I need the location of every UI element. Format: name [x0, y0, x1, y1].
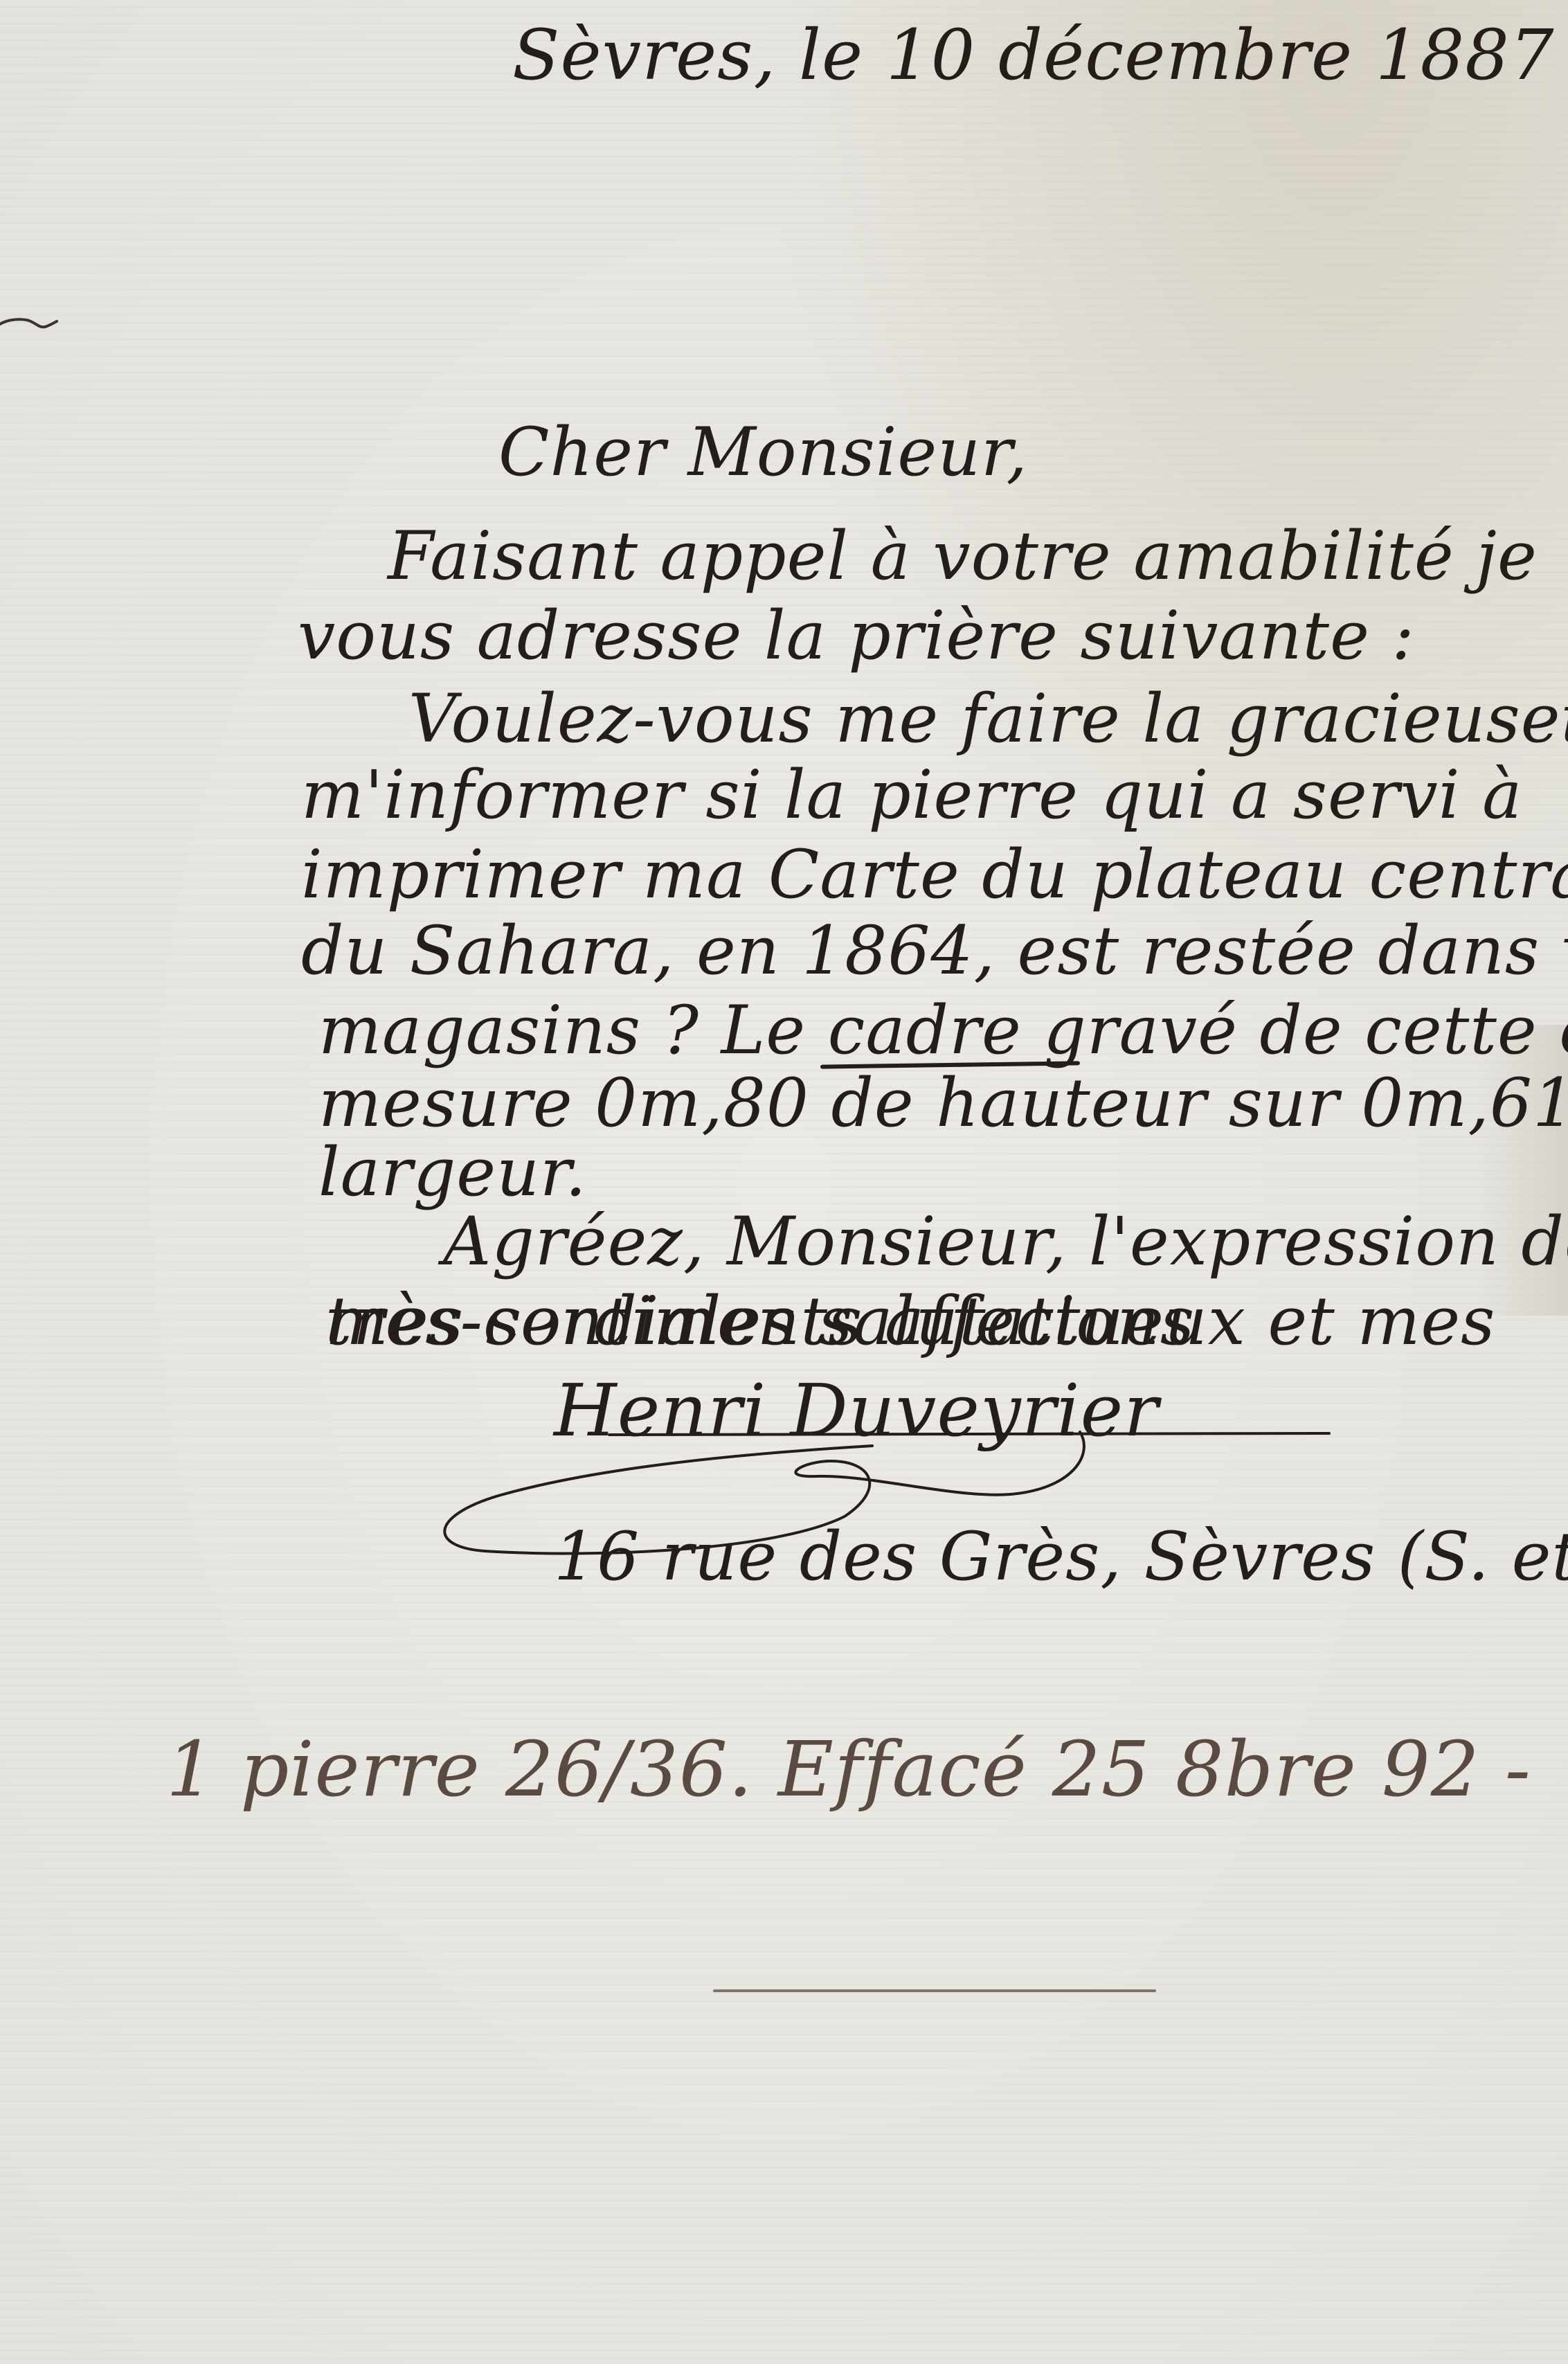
- letter-body-line: du Sahara, en 1864, est restée dans vos: [301, 917, 1568, 984]
- letter-body-line: mesure 0m,80 de hauteur sur 0m,61 de: [318, 1070, 1568, 1136]
- letter-body-line: imprimer ma Carte du plateau central: [301, 841, 1568, 908]
- letter-body-line: magasins ? Le cadre gravé de cette carte: [318, 997, 1568, 1064]
- archival-annotation: 1 pierre 26/36. Effacé 25 8bre 92 -: [166, 1731, 1531, 1807]
- letter-body-line: m'informer si la pierre qui a servi à: [301, 762, 1522, 828]
- letter-body-line: Voulez-vous me faire la gracieuseté de: [408, 686, 1568, 752]
- margin-ink-mark: [0, 312, 62, 332]
- letter-body-line: Faisant appel à votre amabilité je: [388, 523, 1538, 589]
- letter-closing-line: Agréez, Monsieur, l'expression de: [443, 1208, 1568, 1275]
- annotation-underline: [713, 1989, 1156, 1992]
- sender-address: 16 rue des Grès, Sèvres (S. et O.): [554, 1523, 1568, 1590]
- letter-body-line: vous adresse la prière suivante :: [298, 602, 1415, 669]
- letter-body-line: largeur.: [318, 1139, 587, 1206]
- paper-background: [0, 0, 1568, 2364]
- letter-salutation: Cher Monsieur,: [498, 419, 1028, 485]
- letter-closing-line: très-cordiales salutations: [325, 1288, 1195, 1354]
- letter-date-line: Sèvres, le 10 décembre 1887: [512, 21, 1555, 90]
